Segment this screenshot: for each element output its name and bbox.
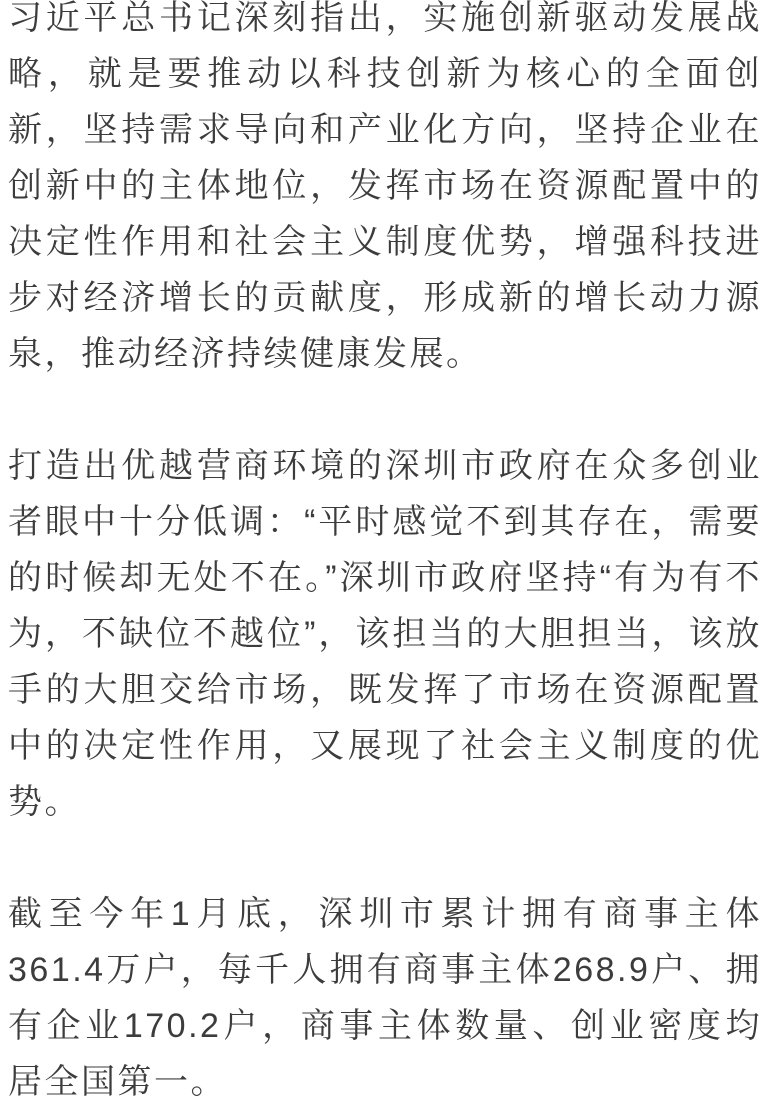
page: { "page": { "background_color": "#ffffff… (0, 0, 776, 1117)
article-paragraph-2: 打造出优越营商环境的深圳市政府在众多创业者眼中十分低调：“平时感觉不到其存在，需… (8, 438, 762, 830)
article-paragraph-3: 截至今年1月底，深圳市累计拥有商事主体361.4万户，每千人拥有商事主体268.… (8, 886, 762, 1110)
article-paragraph-1: 习近平总书记深刻指出，实施创新驱动发展战略，就是要推动以科技创新为核心的全面创新… (8, 0, 762, 382)
article-body: 习近平总书记深刻指出，实施创新驱动发展战略，就是要推动以科技创新为核心的全面创新… (0, 0, 776, 1110)
